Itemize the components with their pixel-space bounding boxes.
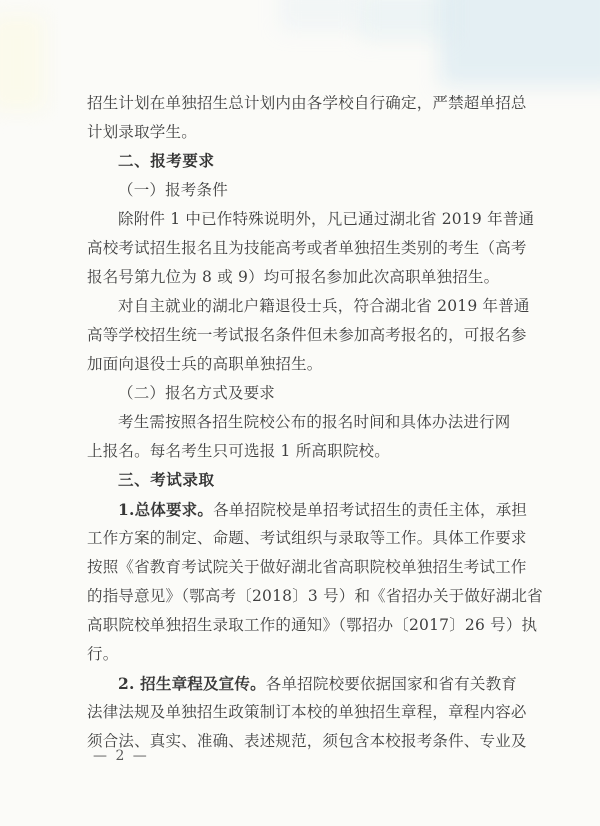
text-line: 报名号第九位为 8 或 9）均可报名参加此次高职单独招生。: [87, 263, 527, 292]
text-line: 考生需按照各招生院校公布的报名时间和具体办法进行网: [87, 408, 527, 437]
scan-tint-artifact: [440, 0, 600, 85]
text-line: 招生计划在单独招生总计划内由各学校自行确定，严禁超单招总: [87, 89, 527, 118]
document-body: 招生计划在单独招生总计划内由各学校自行确定，严禁超单招总 计划录取学生。 二、报…: [87, 89, 527, 756]
text-line: 计划录取学生。: [87, 118, 527, 147]
text-line: 须合法、真实、准确、表述规范，须包含本校报考条件、专业及: [87, 727, 527, 756]
scanned-document-page: 招生计划在单独招生总计划内由各学校自行确定，严禁超单招总 计划录取学生。 二、报…: [0, 0, 600, 826]
subsection-heading: （二）报名方式及要求: [87, 379, 527, 408]
run-in-heading: 2. 招生章程及宣传。: [118, 674, 266, 693]
text-line: 除附件 1 中已作特殊说明外，凡已通过湖北省 2019 年普通: [87, 205, 527, 234]
text-line: 高校考试招生报名且为技能高考或者单独招生类别的考生（高考: [87, 234, 527, 263]
text-line: 高职院校单独招生录取工作的通知》（鄂招办〔2017〕26 号）执: [87, 611, 527, 640]
section-heading-3: 三、考试录取: [87, 466, 527, 495]
page-number: — 2 —: [93, 748, 149, 764]
scan-tint-artifact: [360, 0, 450, 40]
text-line: 上报名。每名考生只可选报 1 所高职院校。: [87, 437, 527, 466]
text-line: 1.总体要求。各单招院校是单招考试招生的责任主体，承担: [87, 495, 527, 524]
subsection-heading: （一）报考条件: [87, 176, 527, 205]
run-in-heading: 1.总体要求。: [118, 500, 213, 519]
text-line: 高等学校招生统一考试报名条件但未参加高考报名的，可报名参: [87, 321, 527, 350]
text-line: 的指导意见》（鄂高考〔2018〕3 号）和《省招办关于做好湖北省: [87, 582, 527, 611]
scan-tint-artifact: [0, 15, 45, 110]
text-line: 法律法规及单独招生政策制订本校的单独招生章程，章程内容必: [87, 698, 527, 727]
section-heading-2: 二、报考要求: [87, 147, 527, 176]
text-line: 行。: [87, 640, 527, 669]
text-line: 按照《省教育考试院关于做好湖北省高职院校单独招生考试工作: [87, 553, 527, 582]
text-line: 加面向退役士兵的高职单独招生。: [87, 350, 527, 379]
text-run: 各单招院校要依据国家和省有关教育: [266, 675, 517, 693]
text-run: 各单招院校是单招考试招生的责任主体，承担: [213, 501, 527, 519]
text-line: 2. 招生章程及宣传。各单招院校要依据国家和省有关教育: [87, 669, 527, 698]
text-line: 对自主就业的湖北户籍退役士兵，符合湖北省 2019 年普通: [87, 292, 527, 321]
text-line: 工作方案的制定、命题、考试组织与录取等工作。具体工作要求: [87, 524, 527, 553]
scan-tint-artifact: [280, 0, 360, 30]
